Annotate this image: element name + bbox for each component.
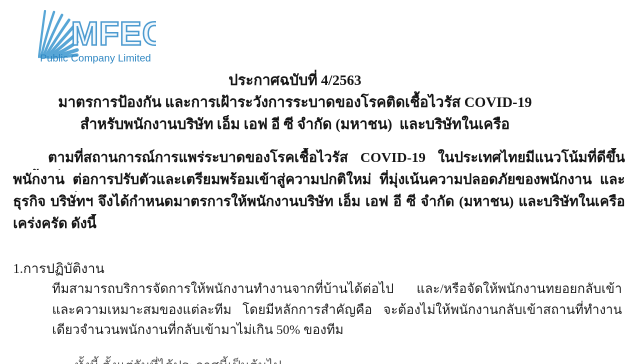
section-1-line: ทีมสามารถบริการจัดการให้พนักงานทำงานจากท… <box>52 279 622 300</box>
title-line-audience: สำหรับพนักงานบริษัท เอ็ม เอฟ อี ซี จำกัด… <box>13 114 577 136</box>
section-1-paragraph: ทีมสามารถบริการจัดการให้พนักงานทำงานจากท… <box>52 279 622 341</box>
intro-line: ตามที่สถานการณ์การแพร่ระบาดของโรคเชื้อไว… <box>13 148 625 170</box>
mfec-logo-graphic: MFEC Public Company Limited <box>38 10 156 64</box>
brand-text: MFEC <box>71 15 156 52</box>
section-1-line: และความเหมาะสมของแต่ละทีม โดยมีหลักการสำ… <box>52 300 622 321</box>
announcement-document: MFEC Public Company Limited ประกาศฉบับที… <box>0 0 640 364</box>
intro-line: เคร่งครัด ดังนี้ <box>13 214 625 236</box>
announcement-title: ประกาศฉบับที่ 4/2563 มาตรการป้องกัน และก… <box>13 70 577 136</box>
logo-tagline: Public Company Limited <box>40 54 151 65</box>
intro-line: ธุรกิจ บริษัทฯ จึงได้กำหนดมาตรการให้พนัก… <box>13 192 625 214</box>
section-1-line: เดียวจำนวนพนักงานที่กลับเข้ามาไม่เกิน 50… <box>52 320 622 341</box>
section-1-heading: 1.การปฏิบัติงาน <box>13 259 105 279</box>
clipped-bottom-line: ทั้งนี้ ตั้งแต่วันที่ได้ประกาศนี้เป็นต้น… <box>75 355 495 364</box>
intro-paragraph: ตามที่สถานการณ์การแพร่ระบาดของโรคเชื้อไว… <box>13 148 625 236</box>
intro-line: พนักงาน ต่อการปรับตัวและเตรียมพร้อมเข้าส… <box>13 170 625 192</box>
mfec-logo: MFEC Public Company Limited <box>38 10 156 64</box>
title-line-measures: มาตรการป้องกัน และการเฝ้าระวังการระบาดขอ… <box>13 92 577 114</box>
title-line-announcement-number: ประกาศฉบับที่ 4/2563 <box>13 70 577 92</box>
